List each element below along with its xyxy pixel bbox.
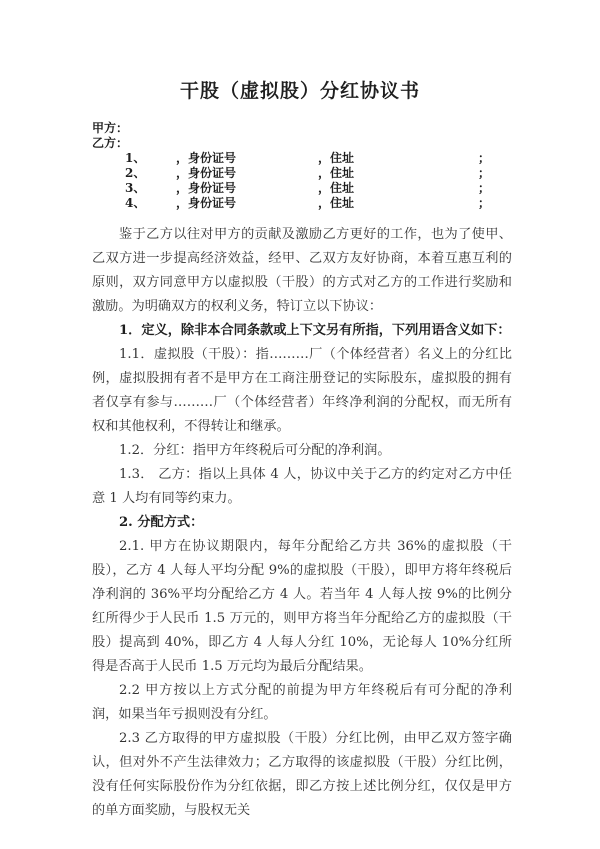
member-row: 2、 ，身份证号 ，住址 ； <box>0 166 600 181</box>
section-2-heading: 2. 分配方式： <box>92 511 512 535</box>
clause-1-3: 1.3． 乙方：指以上具体 4 人，协议中关于乙方的约定对乙方中任意 1 人均有… <box>92 463 512 511</box>
party-a-label: 甲方： <box>92 121 128 136</box>
clause-2-3: 2.3 乙方取得的甲方虚拟股（干股）分红比例，由甲乙双方签字确认，但对外不产生法… <box>92 727 512 823</box>
document-title: 干股（虚拟股）分红协议书 <box>0 76 600 103</box>
member-address-label: ，住址 <box>318 166 354 181</box>
member-id-label: ，身份证号 <box>176 181 236 196</box>
member-id-label: ，身份证号 <box>176 196 236 211</box>
document-page: 干股（虚拟股）分红协议书 甲方： 乙方： 1、 ，身份证号 ，住址 ； 2、 ，… <box>0 0 600 849</box>
party-b-label: 乙方： <box>92 136 128 151</box>
member-number: 2、 <box>125 166 145 181</box>
member-row-end: ； <box>478 181 490 196</box>
member-row-end: ； <box>478 196 490 211</box>
member-number: 3、 <box>125 181 145 196</box>
member-address-label: ，住址 <box>318 181 354 196</box>
member-row-end: ； <box>478 151 490 166</box>
clause-1-1: 1.1．虚拟股（干股）：指………厂（个体经营者）名义上的分红比例，虚拟股拥有者不… <box>92 343 512 439</box>
clause-2-2: 2.2 甲方按以上方式分配的前提为甲方年终税后有可分配的净利润，如果当年亏损则没… <box>92 679 512 727</box>
member-number: 4、 <box>125 196 145 211</box>
member-row: 1、 ，身份证号 ，住址 ； <box>0 151 600 166</box>
member-id-label: ，身份证号 <box>176 151 236 166</box>
clause-2-1: 2.1. 甲方在协议期限内，每年分配给乙方共 36%的虚拟股（干股），乙方 4 … <box>92 535 512 679</box>
agreement-body: 鉴于乙方以往对甲方的贡献及激励乙方更好的工作，也为了使甲、乙双方进一步提高经济效… <box>92 223 512 823</box>
member-address-label: ，住址 <box>318 196 354 211</box>
member-row-end: ； <box>478 166 490 181</box>
member-number: 1、 <box>125 151 145 166</box>
member-row: 4、 ，身份证号 ，住址 ； <box>0 196 600 211</box>
section-1-heading: 1．定义，除非本合同条款或上下文另有所指，下列用语含义如下： <box>92 319 512 343</box>
preamble-paragraph: 鉴于乙方以往对甲方的贡献及激励乙方更好的工作，也为了使甲、乙双方进一步提高经济效… <box>92 223 512 319</box>
member-address-label: ，住址 <box>318 151 354 166</box>
member-id-label: ，身份证号 <box>176 166 236 181</box>
clause-1-2: 1.2．分红：指甲方年终税后可分配的净利润。 <box>92 439 512 463</box>
member-row: 3、 ，身份证号 ，住址 ； <box>0 181 600 196</box>
